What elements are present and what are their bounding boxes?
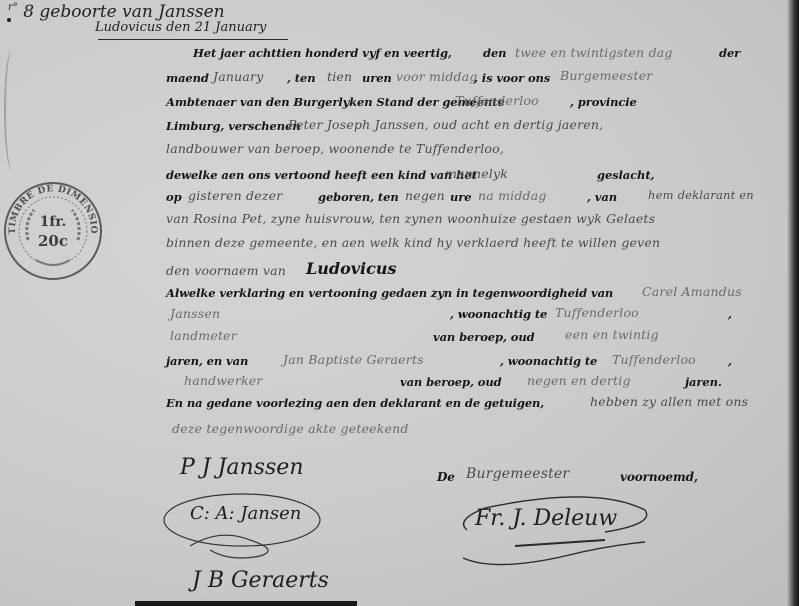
- line-1-printed: Het jaer achttien honderd vyf en veertig…: [193, 46, 452, 60]
- signature-witness-1: C: A: Jansen: [190, 503, 301, 524]
- margin-arc-mark: [4, 50, 20, 170]
- line-1-printed-der: der: [719, 46, 740, 60]
- line-7-printed-op: op: [166, 190, 182, 204]
- line-2-handwritten-hour: tien: [327, 69, 352, 84]
- line-6-printed: dewelke aen ons vertoond heeft een kind …: [166, 168, 477, 182]
- line-6-printed-geslacht: geslacht,: [597, 168, 654, 182]
- line-4-printed: Limburg, verschenen: [166, 119, 300, 133]
- scanned-birth-certificate: r° 8 geboorte van Janssen Ludovicus den …: [0, 0, 799, 606]
- closing-printed-voornoemd: voornoemd,: [620, 470, 698, 484]
- line-13-handwritten-witness-1-occupation: landmeter: [170, 328, 237, 343]
- line-14-handwritten-witness-2-name: Jan Baptiste Geraerts: [283, 352, 424, 367]
- line-3-handwritten-municipality: Tuffenderloo: [455, 93, 539, 108]
- record-number-fragment: r°: [8, 2, 18, 13]
- line-13-handwritten-witness-1-age: een en twintig: [565, 327, 659, 342]
- line-7-handwritten-birth-day: gisteren dezer: [188, 188, 282, 203]
- line-2-printed-is-voor-ons: , is voor ons: [474, 71, 550, 85]
- line-1-handwritten-day: twee en twintigsten dag: [515, 45, 673, 60]
- line-15-printed-jaren: jaren.: [685, 375, 722, 389]
- line-14-printed-comma: ,: [728, 354, 732, 368]
- line-7-printed-geboren: geboren, ten: [318, 190, 399, 204]
- line-2-handwritten-month: January: [213, 69, 263, 84]
- line-12-printed-comma: ,: [728, 307, 732, 321]
- line-15-handwritten-witness-2-age: negen en dertig: [527, 373, 631, 388]
- line-14-printed-woonachtig: , woonachtig te: [500, 354, 597, 368]
- line-1-printed-den: den: [483, 46, 506, 60]
- line-8-handwritten-mother-residence: van Rosina Pet, zyne huisvrouw, ten zyne…: [166, 211, 655, 226]
- stamp-fee-centimes: 20c: [2, 232, 104, 250]
- signature-witness-2: J B Geraerts: [192, 568, 329, 593]
- line-16-printed: En na gedane voorlezing aen den deklaran…: [166, 396, 544, 410]
- line-14-printed-jaren: jaren, en van: [166, 354, 248, 368]
- line-2-handwritten-time-of-day: voor middag: [396, 69, 478, 84]
- stamp-fee-francs: 1fr.: [2, 214, 104, 230]
- closing-printed-de: De: [437, 470, 455, 484]
- line-2-printed-maend: maend: [166, 71, 209, 85]
- line-7-handwritten-time-of-day: na middag: [478, 188, 547, 203]
- stamp-seal-icon: TIMBRE DE DIMENSION: [2, 180, 104, 282]
- line-7-handwritten-father-ref: hem deklarant en: [648, 188, 754, 202]
- line-6-handwritten-sex: mannelyk: [445, 166, 508, 181]
- line-2-printed-ten: , ten: [287, 71, 316, 85]
- line-11-printed: Alwelke verklaring en vertooning gedaen …: [166, 286, 613, 300]
- line-2-printed-uren: uren: [362, 71, 392, 85]
- line-15-printed-van-beroep: van beroep, oud: [400, 375, 502, 389]
- line-7-printed-van: , van: [587, 190, 617, 204]
- margin-heading-subtitle: Ludovicus den 21 January: [95, 20, 266, 35]
- line-12-handwritten-witness-1-surname: Janssen: [170, 306, 220, 321]
- line-17-handwritten-akte-signed: deze tegenwoordige akte geteekend: [172, 421, 409, 436]
- line-12-handwritten-witness-1-residence: Tuffenderloo: [555, 305, 639, 320]
- witness-1-signature-flourish-icon: [160, 488, 330, 568]
- signature-mayor: Fr. J. Deleuw: [475, 506, 617, 531]
- line-11-handwritten-witness-1-name: Carel Amandus: [642, 284, 742, 299]
- heading-underline: [98, 39, 288, 40]
- line-16-handwritten-signed-by-all: hebben zy allen met ons: [590, 394, 748, 409]
- margin-heading-title: r° 8 geboorte van Janssen: [8, 2, 225, 22]
- line-3-printed-provincie: , provincie: [570, 95, 637, 109]
- line-2-handwritten-official-title: Burgemeester: [560, 68, 652, 83]
- line-4-handwritten-declarant: Peter Joseph Janssen, oud acht en dertig…: [288, 117, 603, 132]
- line-3-printed: Ambtenaer van den Burgerlyken Stand der …: [166, 95, 505, 109]
- record-title: 8 geboorte van Janssen: [23, 2, 224, 22]
- child-given-name: Ludovicus: [306, 259, 397, 278]
- line-5-handwritten-occupation-residence: landbouwer van beroep, woonende te Tuffe…: [166, 141, 504, 156]
- signature-declarant: P J Janssen: [180, 455, 303, 480]
- line-9-handwritten-naming-declaration: binnen deze gemeente, en aen welk kind h…: [166, 235, 660, 250]
- line-12-printed-woonachtig: , woonachtig te: [450, 307, 547, 321]
- line-7-printed-ure: ure: [450, 190, 471, 204]
- line-14-handwritten-witness-2-residence: Tuffenderloo: [612, 352, 696, 367]
- closing-handwritten-burgemeester: Burgemeester: [466, 466, 569, 482]
- line-10-handwritten-den-voornaem: den voornaem van: [166, 263, 286, 278]
- line-15-handwritten-witness-2-occupation: handwerker: [184, 373, 263, 388]
- line-13-printed-van-beroep: van beroep, oud: [433, 330, 535, 344]
- line-7-handwritten-birth-hour: negen: [405, 188, 445, 203]
- bottom-rule: [135, 601, 357, 606]
- tax-stamp: TIMBRE DE DIMENSION 1fr. 20c: [2, 180, 104, 282]
- page-right-edge-shadow: [787, 0, 799, 606]
